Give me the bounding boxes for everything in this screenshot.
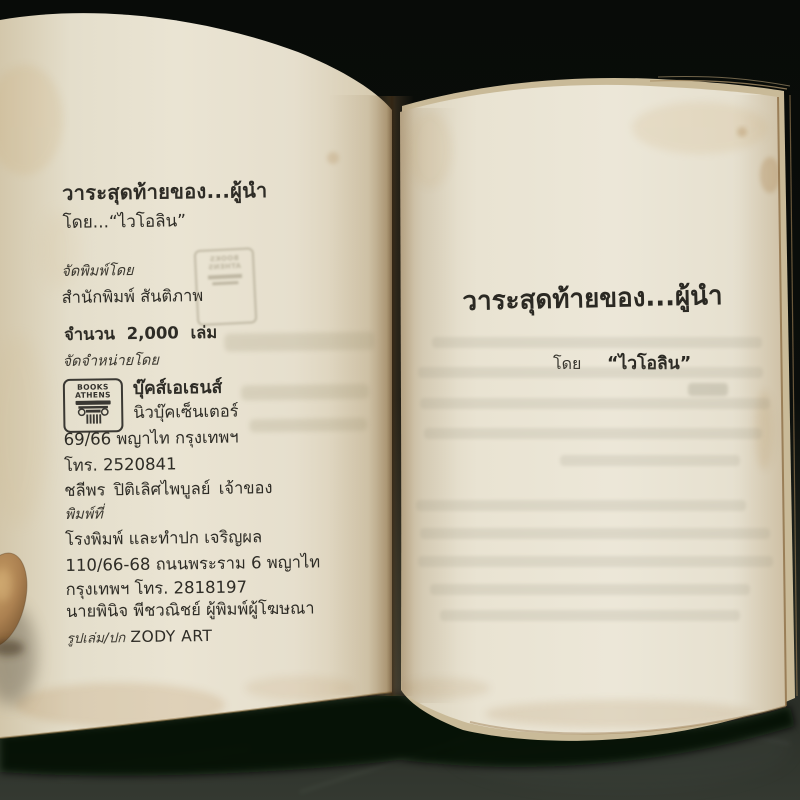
- column-icon: [74, 400, 112, 425]
- left-byline: โดย...“ไวโอลิน”: [62, 212, 186, 233]
- design-label: รูปเล่ม/ปก: [66, 630, 125, 647]
- distributed-by-label: จัดจำหน่ายโดย: [62, 353, 159, 371]
- books-athens-logo: BOOKS ATHENS: [63, 378, 124, 433]
- published-by-label: จัดพิมพ์โดย: [61, 263, 134, 281]
- show-through-text: [241, 384, 369, 401]
- print-quantity: จำนวน 2,000 เล่ม: [64, 324, 217, 345]
- printer-city-phone: กรุงเทพฯ โทร. 2818197: [66, 578, 248, 599]
- left-title: วาระสุดท้ายของ...ผู้นำ: [62, 179, 268, 205]
- right-title: วาระสุดท้ายของ...ผู้นำ: [420, 274, 766, 323]
- distributor-name: บุ๊คส์เอเธนส์: [133, 378, 223, 399]
- book-photo: วาระสุดท้ายของ...ผู้นำ โดย...“ไวโอลิน” จ…: [0, 0, 800, 800]
- distributor-address: 69/66 พญาไท กรุงเทพฯ: [64, 429, 239, 450]
- publisher-name: สำนักพิมพ์ สันติภาพ: [62, 287, 204, 308]
- distributor-phone: โทร. 2520841: [64, 455, 177, 476]
- show-through-text: [224, 332, 374, 352]
- printer-name: โรงพิมพ์ และทำปก เจริญผล: [65, 528, 262, 550]
- design-credit-line: รูปเล่ม/ปก ZODY ART: [66, 627, 212, 648]
- printed-at-label: พิมพ์ที่: [65, 506, 103, 523]
- stamp-show-through: BOOKS ATHENS: [194, 247, 258, 326]
- owner-line: ชลีพร ปิติเลิศไพบูลย์ เจ้าของ: [64, 479, 272, 501]
- printer-address: 110/66-68 ถนนพระราม 6 พญาไท: [65, 553, 320, 576]
- distributor-subtitle: นิวบุ๊คเซ็นเตอร์: [133, 403, 239, 423]
- show-through-text: [249, 418, 367, 433]
- publisher-person: นายพินิจ พีชวณิชย์ ผู้พิมพ์ผู้โฆษณา: [66, 599, 315, 621]
- design-credit: ZODY ART: [130, 627, 212, 646]
